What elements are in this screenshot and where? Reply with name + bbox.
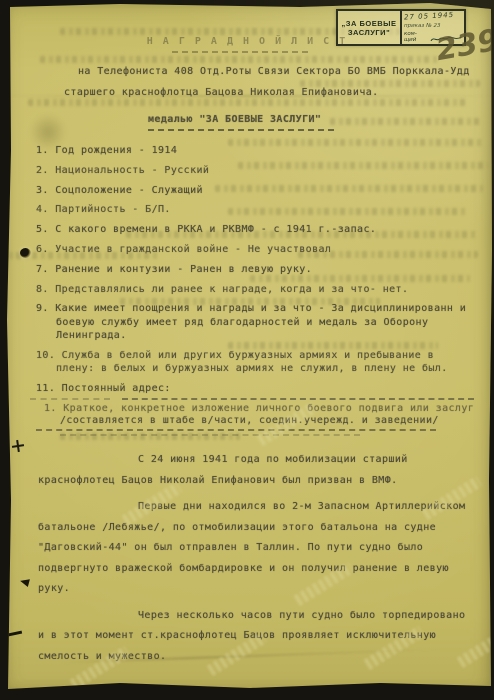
bleed-through-stripe <box>40 56 440 63</box>
dashed-separator <box>36 429 436 431</box>
questionnaire-item: 1. Год рождения - 1914 <box>36 144 476 157</box>
questionnaire-item: 6. Участие в гражданской войне - Не учас… <box>36 243 476 256</box>
questionnaire-item: 11. Постоянный адрес: <box>36 382 476 395</box>
dashed-separator <box>122 398 474 400</box>
bleed-through-stripe <box>300 80 480 87</box>
stamp-medal-line1: „ЗА БОЕВЫЕ <box>342 19 397 28</box>
dashed-separator <box>60 434 360 436</box>
section-note-line-2: /составляется в штабе в/части, соедин.уч… <box>60 415 439 426</box>
bleed-through-stripe <box>330 118 480 125</box>
citation-paragraph: Первые дни находился во 2-м Запасном Арт… <box>38 497 478 600</box>
questionnaire-list: 1. Год рождения - 1914 2. Национальность… <box>36 144 476 401</box>
scan-background: „ЗА БОЕВЫЕ ЗАСЛУГИ" 27 05 1945 приказ № … <box>0 0 494 700</box>
bleed-through-stripe <box>28 99 468 106</box>
pen-mark <box>8 631 22 637</box>
title-underline <box>172 51 308 53</box>
questionnaire-item: 8. Представлялись ли ранее к награде, ко… <box>36 283 476 296</box>
stamp-order-number: приказ № 23 <box>404 23 462 29</box>
questionnaire-item: 3. Соцположение - Служащий <box>36 184 476 197</box>
questionnaire-item: 2. Национальность - Русский <box>36 164 476 177</box>
questionnaire-item: 7. Ранение и контузии - Ранен в левую ру… <box>36 263 476 276</box>
medal-underline <box>148 129 334 131</box>
dashed-separator <box>30 398 110 400</box>
section-note-line-1: 1. Краткое, конкретное изложение личного… <box>44 403 484 414</box>
punch-hole <box>20 248 31 258</box>
document-title: Н А Г Р А Д Н О Й Л И С Т <box>0 36 494 47</box>
stamp-date: 27 05 1945 <box>404 10 462 21</box>
questionnaire-item: 4. Партийность - Б/П. <box>36 203 476 216</box>
questionnaire-item: 9. Какие имеет поощрения и награды и за … <box>36 302 476 342</box>
citation-paragraph: С 24 июня 1941 года по мобилизации старш… <box>38 450 478 491</box>
questionnaire-item: 10. Служба в белой или других буржуазных… <box>36 349 476 375</box>
recipient-line-2: старшего краснофлотца Бацова Николая Епи… <box>64 87 379 98</box>
questionnaire-item: 5. С какого времени в РККА и РКВМФ - с 1… <box>36 223 476 236</box>
recipient-line-1: на Телефониста 408 Отд.Роты Связи Сектор… <box>78 66 488 77</box>
pen-mark <box>12 440 24 452</box>
document-page: „ЗА БОЕВЫЕ ЗАСЛУГИ" 27 05 1945 приказ № … <box>0 0 494 700</box>
pen-mark <box>19 577 30 587</box>
medal-name-line: медалью "ЗА БОЕВЫЕ ЗАСЛУГИ" <box>148 114 321 125</box>
